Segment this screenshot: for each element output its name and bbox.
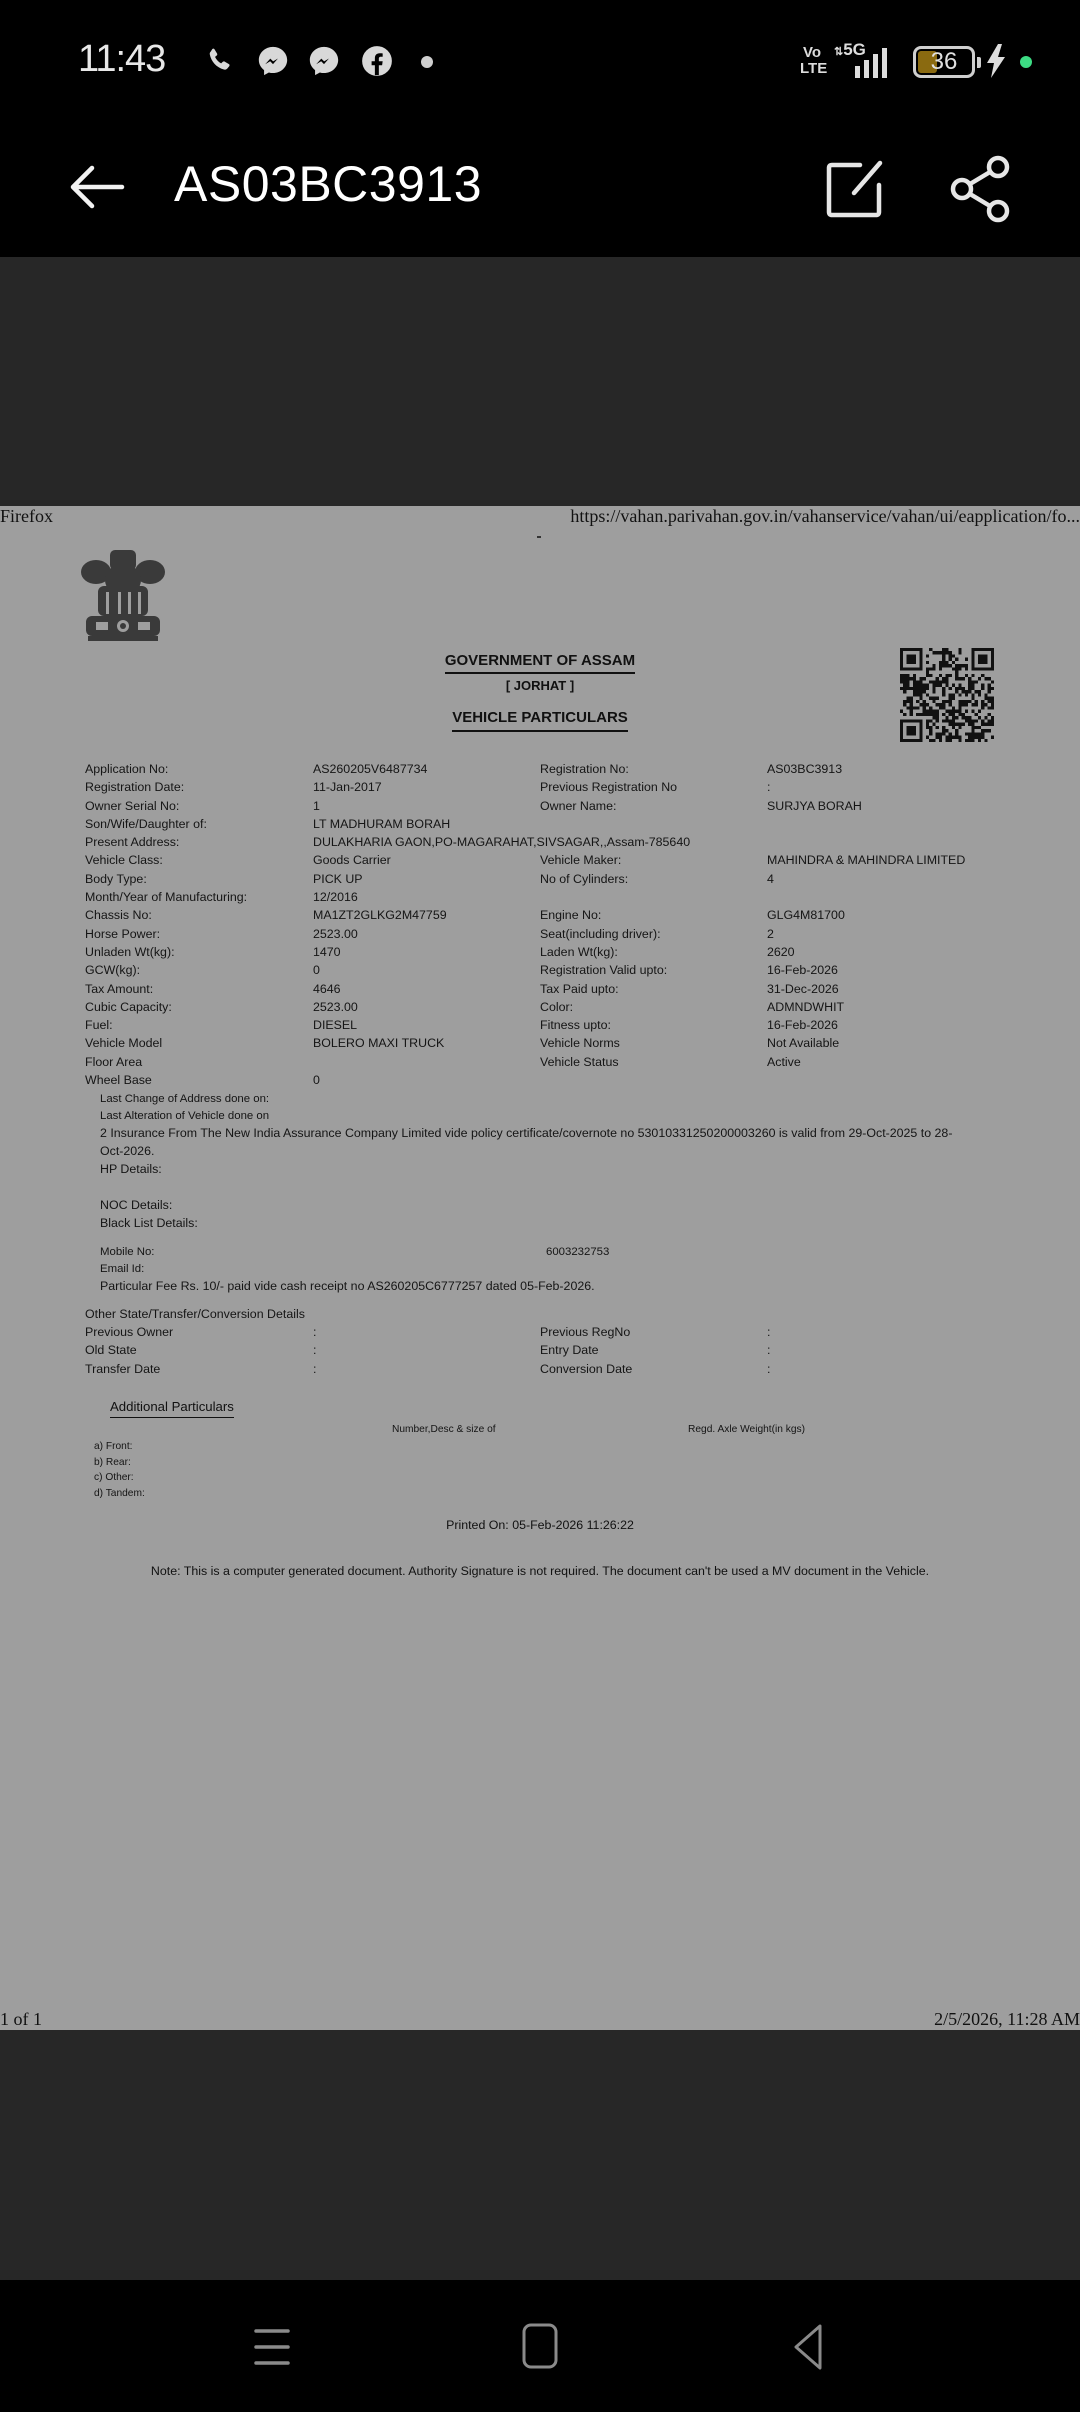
- field-value: 12/2016: [313, 890, 358, 904]
- field-label: Fitness upto:: [540, 1018, 611, 1032]
- field-value: :: [767, 1362, 770, 1376]
- charging-bolt-icon: [985, 44, 1007, 78]
- field-label: Chassis No:: [85, 908, 152, 922]
- field-label: Vehicle Norms: [540, 1036, 620, 1050]
- field-value: SURJYA BORAH: [767, 799, 862, 813]
- field-label: Color:: [540, 1000, 573, 1014]
- status-bar: 11:43 VoLTE ⇅5G 36: [0, 0, 1080, 125]
- disclaimer-note: Note: This is a computer generated docum…: [0, 1564, 1080, 1578]
- mobile-label: Mobile No:: [100, 1246, 154, 1258]
- field-label: Fuel:: [85, 1018, 113, 1032]
- field-value: 0: [313, 1073, 320, 1087]
- field-value: 2620: [767, 945, 795, 959]
- field-value: Active: [767, 1055, 801, 1069]
- hp-details: HP Details:: [100, 1162, 162, 1176]
- axle-row-label: b) Rear:: [94, 1457, 131, 1468]
- field-label: Unladen Wt(kg):: [85, 945, 175, 959]
- axle-row-label: a) Front:: [94, 1441, 133, 1452]
- field-value: Not Available: [767, 1036, 839, 1050]
- field-label: No of Cylinders:: [540, 872, 628, 886]
- detail-row: Unladen Wt(kg):1470Laden Wt(kg):2620: [85, 945, 1025, 963]
- field-value: LT MADHURAM BORAH: [313, 817, 450, 831]
- field-label: Vehicle Status: [540, 1055, 619, 1069]
- field-value: MAHINDRA & MAHINDRA LIMITED: [767, 853, 965, 867]
- field-label: Entry Date: [540, 1343, 599, 1357]
- recents-icon[interactable]: [242, 2322, 302, 2372]
- detail-row: Fuel:DIESELFitness upto:16-Feb-2026: [85, 1018, 1025, 1036]
- detail-row: Vehicle Class:Goods CarrierVehicle Maker…: [85, 853, 1025, 871]
- print-header-url: https://vahan.parivahan.gov.in/vahanserv…: [570, 506, 1080, 527]
- field-label: Present Address:: [85, 835, 179, 849]
- back-icon[interactable]: [776, 2322, 836, 2372]
- detail-row: Son/Wife/Daughter of:LT MADHURAM BORAH: [85, 817, 1025, 835]
- detail-row: Cubic Capacity:2523.00Color:ADMNDWHIT: [85, 1000, 1025, 1018]
- email-label: Email Id:: [100, 1263, 144, 1275]
- field-label: Owner Serial No:: [85, 799, 179, 813]
- field-label: Wheel Base: [85, 1073, 152, 1087]
- axle-row-label: d) Tandem:: [94, 1488, 145, 1499]
- field-label: Seat(including driver):: [540, 927, 661, 941]
- facebook-icon: [360, 44, 394, 78]
- detail-row: Wheel Base0: [85, 1073, 1025, 1091]
- field-label: Registration Valid upto:: [540, 963, 667, 977]
- detail-row: Chassis No:MA1ZT2GLKG2M47759Engine No:GL…: [85, 908, 1025, 926]
- field-label: Vehicle Class:: [85, 853, 163, 867]
- field-value: 2: [767, 927, 774, 941]
- document-heading: VEHICLE PARTICULARS: [452, 709, 628, 732]
- detail-row: Present Address:DULAKHARIA GAON,PO-MAGAR…: [85, 835, 1025, 853]
- field-label: Cubic Capacity:: [85, 1000, 172, 1014]
- field-label: Application No:: [85, 762, 168, 776]
- field-value: 2523.00: [313, 927, 358, 941]
- detail-row: Application No:AS260205V6487734Registrat…: [85, 762, 1025, 780]
- detail-row: Transfer Date:Conversion Date:: [85, 1362, 1025, 1380]
- field-label: Laden Wt(kg):: [540, 945, 618, 959]
- field-label: Tax Paid upto:: [540, 982, 619, 996]
- detail-row: Vehicle ModelBOLERO MAXI TRUCKVehicle No…: [85, 1036, 1025, 1054]
- messenger-icon: [307, 44, 341, 78]
- field-value: 1: [313, 799, 320, 813]
- field-label: Old State: [85, 1343, 137, 1357]
- home-icon[interactable]: [510, 2322, 570, 2372]
- field-value: MA1ZT2GLKG2M47759: [313, 908, 447, 922]
- detail-row: Owner Serial No:1Owner Name:SURJYA BORAH: [85, 799, 1025, 817]
- vehicle-details-grid: Application No:AS260205V6487734Registrat…: [85, 762, 1025, 1091]
- other-state-grid: Previous Owner:Previous RegNo:Old State:…: [85, 1325, 1025, 1380]
- detail-row: Tax Amount:4646Tax Paid upto:31-Dec-2026: [85, 982, 1025, 1000]
- field-value: 2523.00: [313, 1000, 358, 1014]
- field-label: Conversion Date: [540, 1362, 632, 1376]
- mobile-value: 6003232753: [546, 1246, 609, 1258]
- field-value: :: [767, 780, 770, 794]
- field-label: Transfer Date: [85, 1362, 160, 1376]
- document-title: AS03BC3913: [174, 155, 482, 213]
- detail-row: Registration Date:11-Jan-2017Previous Re…: [85, 780, 1025, 798]
- field-label: Tax Amount:: [85, 982, 153, 996]
- separator-dash: [537, 536, 541, 538]
- field-value: 31-Dec-2026: [767, 982, 839, 996]
- field-value: 4: [767, 872, 774, 886]
- national-emblem-icon: [78, 546, 168, 646]
- messenger-icon: [256, 44, 290, 78]
- field-value: PICK UP: [313, 872, 363, 886]
- last-alteration: Last Alteration of Vehicle done on: [100, 1110, 269, 1122]
- privacy-indicator-dot: [1020, 56, 1032, 68]
- print-header-browser: Firefox: [0, 506, 53, 527]
- blacklist-details: Black List Details:: [100, 1216, 198, 1230]
- field-value: 16-Feb-2026: [767, 1018, 838, 1032]
- field-value: :: [313, 1362, 316, 1376]
- printed-on: Printed On: 05-Feb-2026 11:26:22: [0, 1518, 1080, 1532]
- field-value: Goods Carrier: [313, 853, 391, 867]
- field-label: Previous RegNo: [540, 1325, 630, 1339]
- last-change-address: Last Change of Address done on:: [100, 1093, 269, 1105]
- field-value: 11-Jan-2017: [313, 780, 382, 794]
- other-state-heading: Other State/Transfer/Conversion Details: [85, 1307, 305, 1321]
- field-value: BOLERO MAXI TRUCK: [313, 1036, 444, 1050]
- field-value: :: [767, 1343, 770, 1357]
- field-label: Previous Registration No: [540, 780, 677, 794]
- battery-percent: 36: [916, 48, 972, 76]
- axle-header-number-desc: Number,Desc & size of: [392, 1424, 496, 1435]
- detail-row: Horse Power:2523.00Seat(including driver…: [85, 927, 1025, 945]
- status-time: 11:43: [78, 38, 165, 81]
- axle-row-label: c) Other:: [94, 1472, 134, 1483]
- field-label: Son/Wife/Daughter of:: [85, 817, 207, 831]
- noc-details: NOC Details:: [100, 1198, 172, 1212]
- field-label: Floor Area: [85, 1055, 142, 1069]
- back-arrow-icon[interactable]: [64, 155, 128, 219]
- field-label: Horse Power:: [85, 927, 160, 941]
- field-value: :: [313, 1343, 316, 1357]
- field-label: Previous Owner: [85, 1325, 173, 1339]
- field-value: ADMNDWHIT: [767, 1000, 844, 1014]
- pdf-page[interactable]: Firefox https://vahan.parivahan.gov.in/v…: [0, 506, 1080, 2030]
- detail-row: Month/Year of Manufacturing:12/2016: [85, 890, 1025, 908]
- field-value: AS03BC3913: [767, 762, 842, 776]
- signal-icon: [853, 48, 895, 78]
- print-timestamp: 2/5/2026, 11:28 AM: [934, 2009, 1080, 2030]
- insurance-details: 2 Insurance From The New India Assurance…: [100, 1126, 952, 1140]
- insurance-details-cont: Oct-2026.: [100, 1144, 154, 1158]
- system-nav-bar: [0, 2280, 1080, 2412]
- detail-row: Floor AreaVehicle StatusActive: [85, 1055, 1025, 1073]
- page-count: 1 of 1: [0, 2009, 42, 2030]
- share-icon[interactable]: [948, 153, 1014, 223]
- volte-icon: VoLTE: [800, 45, 824, 77]
- field-label: Registration No:: [540, 762, 629, 776]
- more-notifications-dot-icon: [421, 56, 433, 68]
- field-label: Vehicle Maker:: [540, 853, 621, 867]
- field-value: 16-Feb-2026: [767, 963, 838, 977]
- field-value: 4646: [313, 982, 341, 996]
- detail-row: Body Type:PICK UPNo of Cylinders:4: [85, 872, 1025, 890]
- field-value: GLG4M81700: [767, 908, 845, 922]
- field-label: Engine No:: [540, 908, 601, 922]
- detail-row: Previous Owner:Previous RegNo:: [85, 1325, 1025, 1343]
- field-value: 0: [313, 963, 320, 977]
- detail-row: GCW(kg):0Registration Valid upto:16-Feb-…: [85, 963, 1025, 981]
- field-label: Vehicle Model: [85, 1036, 162, 1050]
- field-label: Registration Date:: [85, 780, 184, 794]
- axle-header-weight: Regd. Axle Weight(in kgs): [688, 1424, 805, 1435]
- district-label: [ JORHAT ]: [0, 678, 1080, 693]
- phone-icon: [203, 44, 237, 78]
- fee-receipt: Particular Fee Rs. 10/- paid vide cash r…: [100, 1279, 595, 1293]
- field-value: :: [767, 1325, 770, 1339]
- field-label: Owner Name:: [540, 799, 616, 813]
- field-label: GCW(kg):: [85, 963, 140, 977]
- edit-icon[interactable]: [820, 155, 890, 225]
- battery-icon: 36: [913, 46, 975, 78]
- field-value: AS260205V6487734: [313, 762, 427, 776]
- additional-particulars-heading: Additional Particulars: [110, 1399, 234, 1418]
- field-value: DULAKHARIA GAON,PO-MAGARAHAT,SIVSAGAR,,A…: [313, 835, 690, 849]
- field-label: Body Type:: [85, 872, 147, 886]
- government-heading: GOVERNMENT OF ASSAM: [445, 652, 635, 674]
- field-label: Month/Year of Manufacturing:: [85, 890, 247, 904]
- field-value: 1470: [313, 945, 341, 959]
- detail-row: Old State:Entry Date:: [85, 1343, 1025, 1361]
- app-bar: AS03BC3913: [0, 125, 1080, 257]
- field-value: :: [313, 1325, 316, 1339]
- field-value: DIESEL: [313, 1018, 357, 1032]
